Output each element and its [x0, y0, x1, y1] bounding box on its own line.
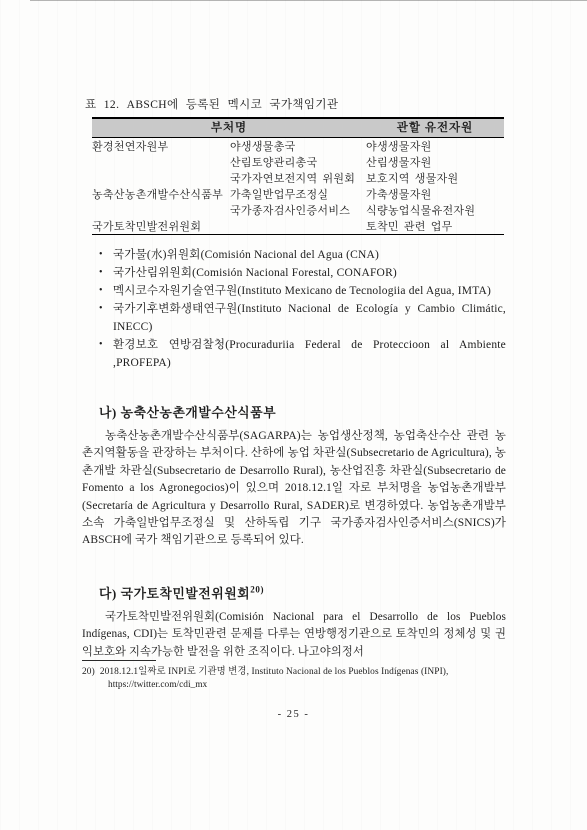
agencies-table: 부처명 관할 유전자원 환경천연자원부 야생생물총국 야생생물자원 산림토양관리…: [92, 117, 504, 235]
bullet-list-item: • 환경보호 연방검찰청(Procuraduriia Federal de Pr…: [82, 336, 506, 372]
bullet-text: 멕시코수자원기술연구원(Instituto Mexicano de Tecnol…: [113, 285, 491, 297]
cell-resource: 가축생물자원: [366, 186, 504, 202]
cell-ministry: [92, 154, 230, 170]
cell-ministry: 농축산농촌개발수산식품부: [92, 186, 230, 202]
footnote-divider: [82, 660, 156, 661]
footnote-text-line: 20)2018.12.1일짜로 INPI로 기관명 변경, Instituto …: [82, 666, 506, 679]
cell-resource: 식량농업식물유전자원: [366, 202, 504, 218]
section-na: 나) 농축산농촌개발수산식품부 농축산농촌개발수산식품부(SAGARPA)는 농…: [82, 402, 506, 550]
bullet-list-item: • 국가물(水)위원회(Comisión Nacional del Agua (…: [82, 246, 506, 264]
bullet-icon: •: [99, 282, 103, 300]
bullet-list-item: • 국가산림위원회(Comisión Nacional Forestal, CO…: [82, 264, 506, 282]
table-row: 환경천연자원부 야생생물총국 야생생물자원: [92, 138, 504, 155]
cell-department: [230, 218, 366, 235]
cell-department: 야생생물총국: [230, 138, 366, 155]
table-body: 환경천연자원부 야생생물총국 야생생물자원 산림토양관리총국 산림생물자원 국가…: [92, 138, 504, 235]
bullet-list-item: • 국가기후변화생태연구원(Instituto Nacional de Ecol…: [82, 300, 506, 336]
agency-bullet-list: • 국가물(水)위원회(Comisión Nacional del Agua (…: [82, 246, 506, 372]
bullet-text: 국가기후변화생태연구원(Instituto Nacional de Ecolog…: [113, 303, 506, 333]
bullet-icon: •: [99, 300, 103, 318]
table-caption: 표 12. ABSCH에 등록된 멕시코 국가책임기관: [85, 96, 338, 112]
cell-ministry: 환경천연자원부: [92, 138, 230, 155]
section-heading-da: 다) 국가토착민발전위원회20): [99, 583, 506, 602]
cell-department: 국가종자검사인증서비스: [230, 202, 366, 218]
bullet-text: 국가산림위원회(Comisión Nacional Forestal, CONA…: [113, 267, 397, 279]
cell-resource: 보호지역 생물자원: [366, 170, 504, 186]
footnote-area: 20)2018.12.1일짜로 INPI로 기관명 변경, Instituto …: [82, 660, 506, 691]
table-header-row: 부처명 관할 유전자원: [92, 118, 504, 138]
cell-resource: 토착민 관련 업무: [366, 218, 504, 235]
section-paragraph-na: 농축산농촌개발수산식품부(SAGARPA)는 농업생산정책, 농업축산수산 관련…: [82, 428, 506, 550]
section-heading-da-text: 다) 국가토착민발전위원회: [99, 587, 250, 601]
document-page: 표 12. ABSCH에 등록된 멕시코 국가책임기관 부처명 관할 유전자원 …: [0, 0, 587, 830]
cell-department: 가축일반업무조정실: [230, 186, 366, 202]
cell-department: 산림토양관리총국: [230, 154, 366, 170]
footnote-marker: 20): [82, 667, 95, 677]
footnote-body-text: 2018.12.1일짜로 INPI로 기관명 변경, Instituto Nac…: [100, 667, 449, 677]
page-number: - 25 -: [0, 709, 587, 720]
table-row: 국가종자검사인증서비스 식량농업식물유전자원: [92, 202, 504, 218]
column-header-resource: 관할 유전자원: [366, 118, 504, 138]
section-da: 다) 국가토착민발전위원회20) 국가토착민발전위원회(Comisión Nac…: [82, 583, 506, 661]
cell-resource: 산림생물자원: [366, 154, 504, 170]
section-paragraph-da: 국가토착민발전위원회(Comisión Nacional para el Des…: [82, 609, 506, 661]
cell-ministry: [92, 170, 230, 186]
table-row: 농축산농촌개발수산식품부 가축일반업무조정실 가축생물자원: [92, 186, 504, 202]
bullet-icon: •: [99, 336, 103, 354]
cell-resource: 야생생물자원: [366, 138, 504, 155]
footnote-ref-20: 20): [250, 585, 264, 595]
section-heading-na: 나) 농축산농촌개발수산식품부: [99, 402, 506, 421]
bullet-icon: •: [99, 246, 103, 264]
table-row: 국가자연보전지역 위원회 보호지역 생물자원: [92, 170, 504, 186]
bullet-list-item: • 멕시코수자원기술연구원(Instituto Mexicano de Tecn…: [82, 282, 506, 300]
cell-ministry: 국가토착민발전위원회: [92, 218, 230, 235]
bullet-text: 환경보호 연방검찰청(Procuraduriia Federal de Prot…: [113, 339, 506, 369]
footnote-link: https://twitter.com/cdi_mx: [82, 679, 506, 692]
column-header-ministry: 부처명: [92, 118, 366, 138]
table-row: 산림토양관리총국 산림생물자원: [92, 154, 504, 170]
cell-ministry: [92, 202, 230, 218]
cell-department: 국가자연보전지역 위원회: [230, 170, 366, 186]
bullet-icon: •: [99, 264, 103, 282]
bullet-text: 국가물(水)위원회(Comisión Nacional del Agua (CN…: [113, 249, 379, 261]
table-row: 국가토착민발전위원회 토착민 관련 업무: [92, 218, 504, 235]
